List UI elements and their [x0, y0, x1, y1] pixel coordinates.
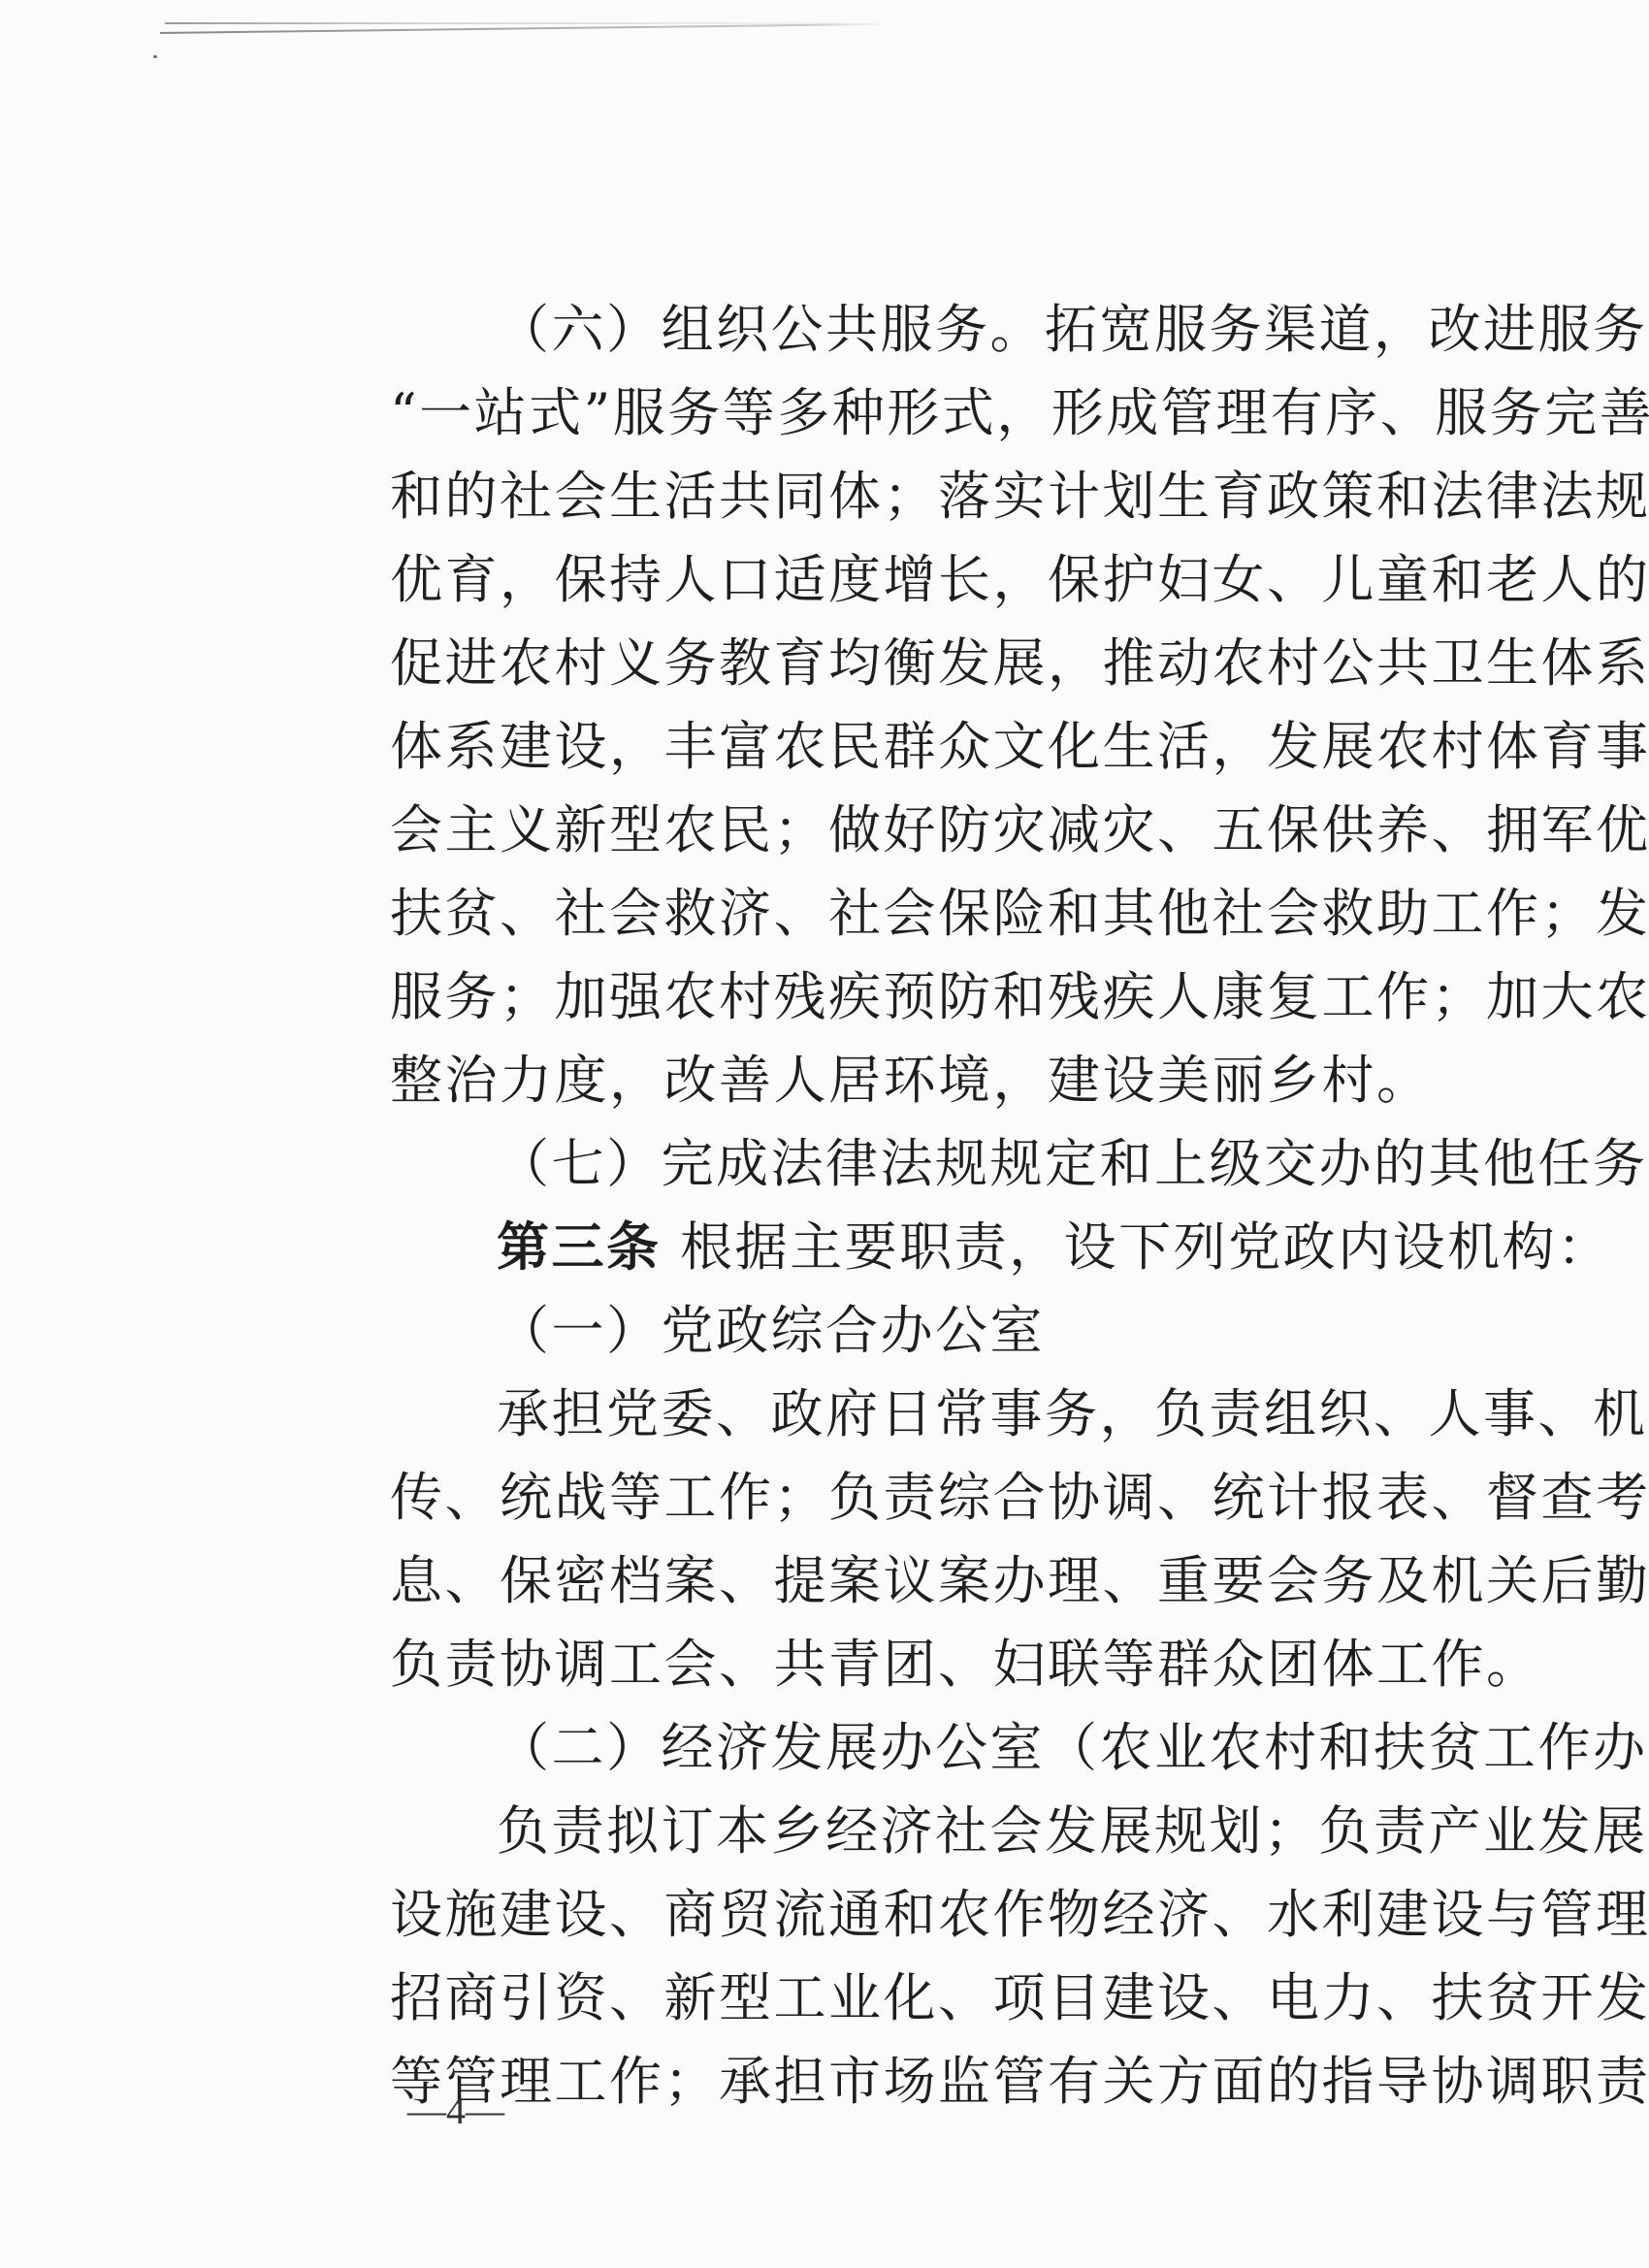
article-text: 根据主要职责，设下列党政内设机构： [680, 1216, 1612, 1278]
paragraph-line: 会主义新型农民；做好防灾减灾、五保供养、拥军优抚、低保、 [390, 801, 1568, 859]
paragraph-line: （七）完成法律法规规定和上级交办的其他任务。 [390, 1135, 1649, 1193]
paragraph-line: （六）组织公共服务。拓宽服务渠道，改进服务方式，通过 [390, 301, 1649, 359]
paragraph-line: 整治力度，改善人居环境，建设美丽乡村。 [390, 1052, 1568, 1110]
paragraph-line: 息、保密档案、提案议案办理、重要会务及机关后勤管理等工作； [390, 1552, 1568, 1610]
scan-speck [153, 55, 157, 58]
paragraph-line: 招商引资、新型工业化、项目建设、电力、扶贫开发及乡村振兴 [390, 1969, 1568, 2027]
paragraph-line: 扶贫、社会救济、社会保险和其他社会救助工作；发展农村老龄 [390, 885, 1568, 943]
paragraph-line: 承担党委、政府日常事务，负责组织、人事、机构编制、宣 [390, 1385, 1649, 1443]
section-heading: （一）党政综合办公室 [390, 1302, 1649, 1360]
article-heading: 第三条 根据主要职责，设下列党政内设机构： [390, 1218, 1649, 1277]
section-heading: （二）经济发展办公室（农业农村和扶贫工作办公室） [390, 1719, 1649, 1777]
paragraph-line: 促进农村义务教育均衡发展，推动农村公共卫生体系和基本医疗 [390, 634, 1568, 693]
paragraph-line: 设施建设、商贸流通和农作物经济、水利建设与管理、动物防疫、 [390, 1886, 1568, 1944]
paragraph-line: 等管理工作；承担市场监管有关方面的指导协调职责。 [390, 2053, 1568, 2111]
paragraph-line: “一站式”服务等多种形式，形成管理有序、服务完善、文明祥 [390, 384, 1568, 442]
paragraph-line: 优育，保持人口适度增长，保护妇女、儿童和老人的合法权益； [390, 551, 1568, 609]
paragraph-line: 负责协调工会、共青团、妇联等群众团体工作。 [390, 1636, 1568, 1694]
scan-artifact-line [160, 23, 888, 34]
paragraph-line: 传、统战等工作；负责综合协调、统计报表、督查考核、文秘信 [390, 1469, 1568, 1527]
page-number: —4— [407, 2088, 504, 2133]
article-label: 第三条 [497, 1216, 662, 1278]
paragraph-line: 服务；加强农村残疾预防和残疾人康复工作；加大农村环境综合 [390, 968, 1568, 1026]
paragraph-line: 体系建设，丰富农民群众文化生活，发展农村体育事业，培养社 [390, 718, 1568, 776]
paragraph-line: 负责拟订本乡经济社会发展规划；负责产业发展、公共基础 [390, 1802, 1649, 1861]
paragraph-line: 和的社会生活共同体；落实计划生育政策和法律法规，推进优生 [390, 468, 1568, 526]
